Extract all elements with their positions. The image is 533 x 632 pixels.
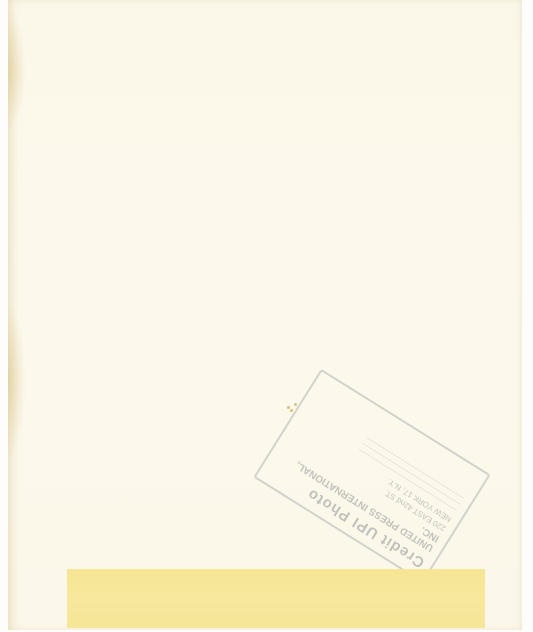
left-edge-stain	[8, 300, 26, 460]
speck	[290, 409, 293, 412]
yellow-tape-strip	[67, 569, 485, 628]
left-edge-stain	[8, 10, 26, 130]
